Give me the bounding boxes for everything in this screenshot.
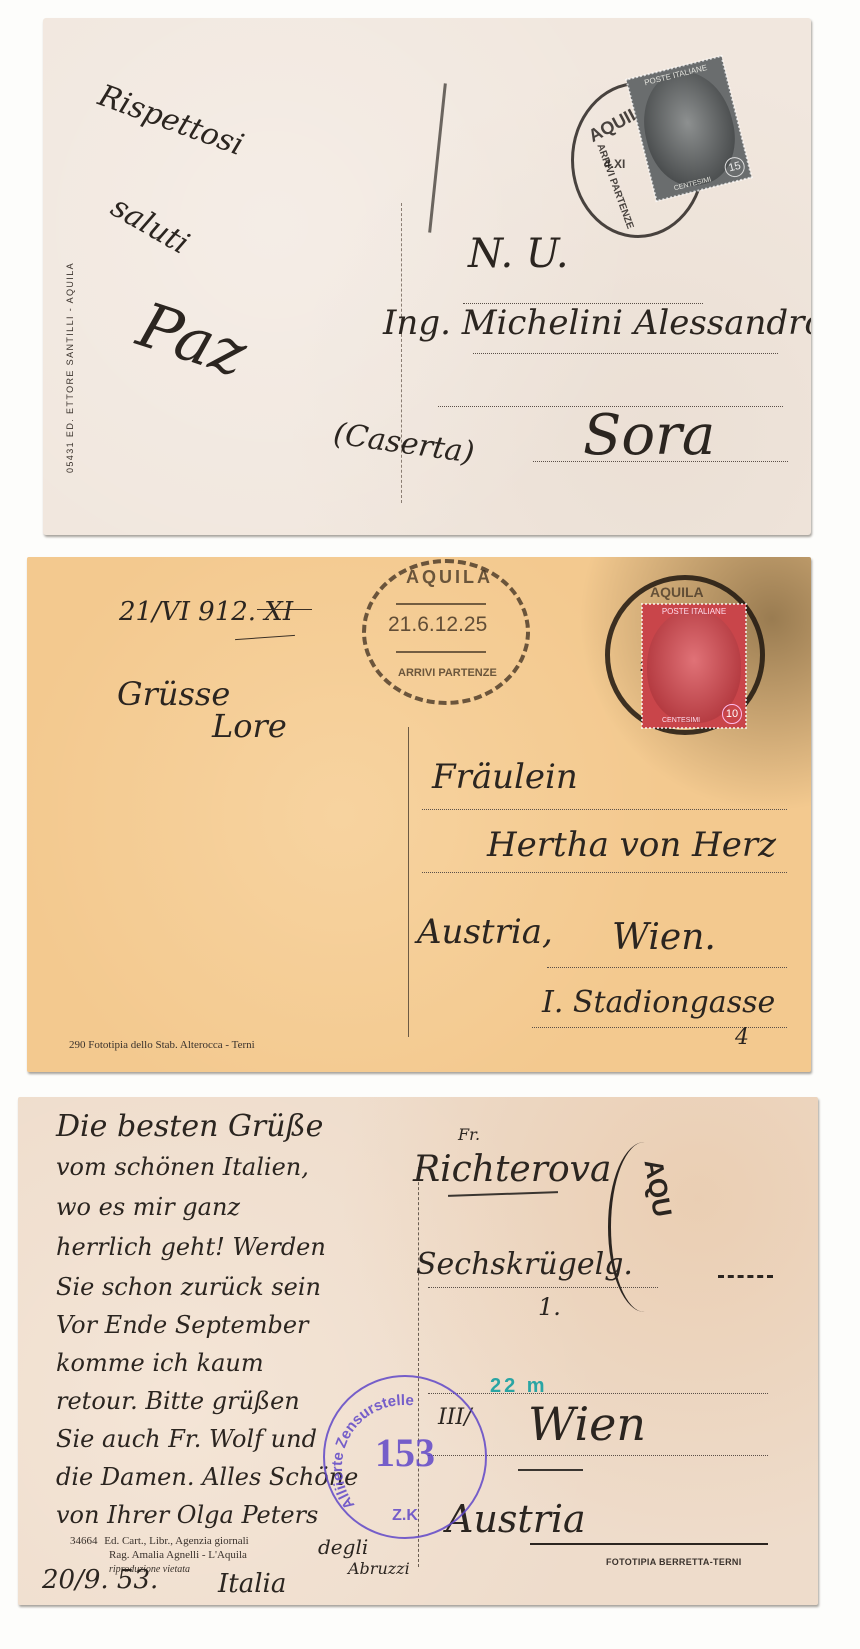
message-line: saluti: [105, 189, 195, 261]
message-line: herrlich geht! Werden: [56, 1233, 326, 1261]
signature: Paz: [129, 288, 255, 391]
message-line: komme ich kaum: [56, 1349, 264, 1377]
postcard-2: 21/VI 912. XI Grüsse Lore AQUILA 21.6.12…: [27, 557, 811, 1072]
sender-note: Abruzzi: [348, 1559, 410, 1578]
censor-stamp: Alliierte Zensurstelle 153 Z.K: [323, 1375, 487, 1539]
address-recipient: Hertha von Herz: [487, 825, 776, 865]
pencil-stroke: [428, 83, 447, 232]
address-salutation: N. U.: [468, 231, 569, 277]
censor-number: 153: [325, 1429, 485, 1476]
postcard-1: 05431 ED. ETTORE SANTILLI - AQUILA Rispe…: [43, 18, 811, 535]
postage-stamp-10c: POSTE ITALIANE 10 CENTESIMI: [642, 604, 746, 728]
address-title: Fräulein: [432, 757, 578, 797]
date-note: 21/VI 912. XI: [119, 597, 293, 627]
address-province: (Caserta): [331, 416, 476, 470]
address-number: 4: [735, 1025, 749, 1050]
postcard-3: Die besten Grüße vom schönen Italien, wo…: [18, 1097, 818, 1605]
message-line: retour. Bitte grüßen: [56, 1387, 300, 1415]
address-line: [422, 809, 787, 810]
message-line: Die besten Grüße: [56, 1109, 323, 1144]
publisher-imprint: 290 Fototipia dello Stab. Alterocca - Te…: [69, 1039, 255, 1051]
address-street: Sechskrügelg.: [416, 1247, 633, 1282]
message-line: vom schönen Italien,: [56, 1153, 309, 1181]
address-number: 1.: [538, 1293, 561, 1321]
postmark: AQUILA 21.6.12.25 ARRIVI PARTENZE: [362, 559, 530, 705]
address-line: [473, 353, 778, 354]
address-title: Fr.: [458, 1125, 480, 1144]
message-line: wo es mir ganz: [56, 1193, 240, 1221]
address-city: Sora: [583, 403, 715, 468]
address-country: Austria,: [417, 912, 553, 952]
sender-note: degli: [318, 1535, 368, 1559]
address-recipient: Richterova: [413, 1149, 611, 1190]
message-line: Vor Ende September: [56, 1311, 309, 1339]
date-note: 20/9. 53.: [42, 1565, 158, 1595]
address-line: [422, 872, 787, 873]
message-line: Sie schon zurück sein: [56, 1273, 321, 1301]
publisher-imprint: 05431 ED. ETTORE SANTILLI - AQUILA: [65, 262, 75, 473]
address-city: Wien.: [612, 917, 716, 958]
address-street: I. Stadiongasse: [542, 985, 775, 1020]
censor-code: Z.K: [325, 1507, 485, 1525]
address-line: [547, 967, 787, 968]
message-line: von Ihrer Olga Peters: [56, 1501, 318, 1529]
postmark-date: 21.6.12.25: [388, 613, 487, 637]
signature: Lore: [212, 707, 287, 745]
photo-credit: FOTOTIPIA BERRETTA-TERNI: [606, 1557, 742, 1567]
address-recipient: Ing. Michelini Alessandro: [383, 303, 811, 343]
address-city: Wien: [528, 1397, 646, 1451]
message-line: die Damen. Alles Schöne: [56, 1463, 358, 1491]
fold-divider: [408, 727, 409, 1037]
green-handstamp: 22 m: [490, 1375, 548, 1398]
message-line: Sie auch Fr. Wolf und: [56, 1425, 317, 1453]
message-line: Rispettosi: [94, 78, 249, 163]
country-note: Italia: [218, 1569, 286, 1599]
